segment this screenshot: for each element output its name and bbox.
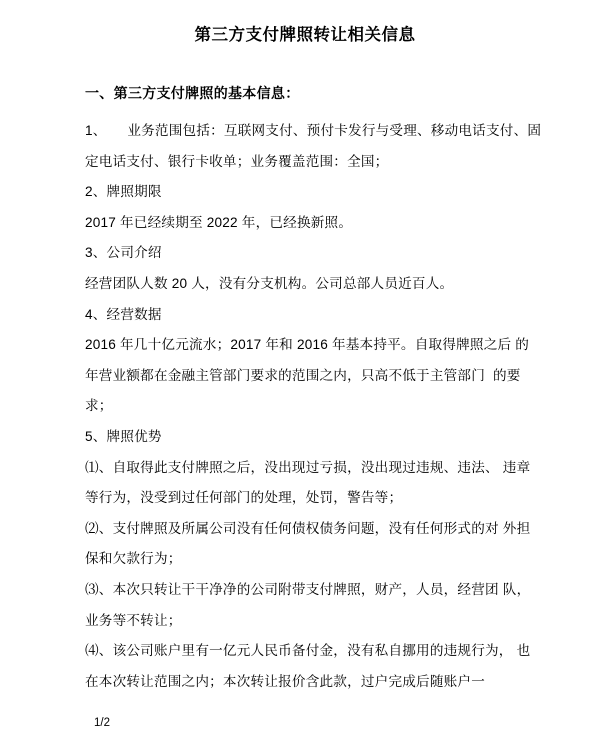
text-line: 2017 年已经续期至 2022 年，已经换新照。 <box>85 208 535 239</box>
document-page: 第三方支付牌照转让相关信息 一、第三方支付牌照的基本信息： 1、 业务范围包括：… <box>0 0 610 748</box>
text-line: ⑵、支付牌照及所属公司没有任何债权债务问题，没有任何形式的对 外担 <box>85 514 535 545</box>
text-line: ⑴、自取得此支付牌照之后，没出现过亏损，没出现过违规、违法、 违章 <box>85 453 535 484</box>
text-line: 4、经营数据 <box>85 300 535 331</box>
text-line: 等行为，没受到过任何部门的处理，处罚，警告等； <box>85 483 535 514</box>
text-line: 2、牌照期限 <box>85 177 535 208</box>
text-line: 定电话支付、银行卡收单；业务覆盖范围：全国； <box>85 147 535 178</box>
text-line: 5、牌照优势 <box>85 422 535 453</box>
text-line: 保和欠款行为； <box>85 544 535 575</box>
page-number: 1/2 <box>94 717 110 729</box>
text-line: 在本次转让范围之内；本次转让报价含此款，过户完成后随账户一 <box>85 667 535 698</box>
section-heading: 一、第三方支付牌照的基本信息： <box>85 78 535 108</box>
document-body: 一、第三方支付牌照的基本信息： 1、 业务范围包括：互联网支付、预付卡发行与受理… <box>85 78 535 697</box>
text-line: ⑷、该公司账户里有一亿元人民币备付金，没有私自挪用的违规行为， 也 <box>85 636 535 667</box>
paragraph-block: 1、 业务范围包括：互联网支付、预付卡发行与受理、移动电话支付、固 定电话支付、… <box>85 116 535 697</box>
text-line: 3、公司介绍 <box>85 238 535 269</box>
page-title: 第三方支付牌照转让相关信息 <box>0 21 610 45</box>
text-line: ⑶、本次只转让干干净净的公司附带支付牌照，财产，人员，经营团 队， <box>85 575 535 606</box>
text-line: 2016 年几十亿元流水；2017 年和 2016 年基本持平。自取得牌照之后 … <box>85 330 535 361</box>
text-line: 年营业额都在金融主管部门要求的范围之内，只高不低于主管部门 的要 <box>85 361 535 392</box>
text-line: 求； <box>85 391 535 422</box>
text-line: 业务等不转让； <box>85 606 535 637</box>
text-line: 1、 业务范围包括：互联网支付、预付卡发行与受理、移动电话支付、固 <box>85 116 535 147</box>
text-line: 经营团队人数 20 人，没有分支机构。公司总部人员近百人。 <box>85 269 535 300</box>
